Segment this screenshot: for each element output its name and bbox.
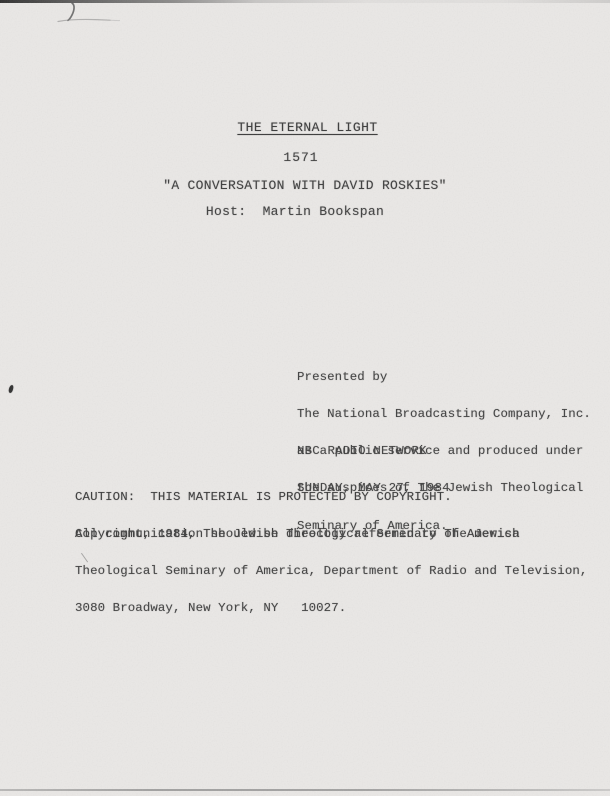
caution-line: CAUTION: THIS MATERIAL IS PROTECTED BY C… <box>75 491 520 503</box>
presented-line: The National Broadcasting Company, Inc. <box>297 408 591 420</box>
handwritten-check-mark <box>48 0 138 30</box>
contact-line: Theological Seminary of America, Departm… <box>75 565 587 577</box>
contact-line: All communication should be directly ref… <box>75 528 587 540</box>
scan-edge-bottom <box>0 789 610 791</box>
contact-line: 3080 Broadway, New York, NY 10027. <box>75 602 587 614</box>
ink-speck <box>8 385 14 394</box>
episode-title: "A CONVERSATION WITH DAVID ROSKIES" <box>0 178 610 193</box>
scanned-document-page: THE ETERNAL LIGHT 1571 "A CONVERSATION W… <box>0 0 610 796</box>
host-line: Host: Martin Bookspan <box>0 204 610 219</box>
series-title: THE ETERNAL LIGHT <box>5 120 610 135</box>
presented-line: Presented by <box>297 371 591 383</box>
contact-paragraph: All communication should be directly ref… <box>75 503 587 639</box>
network-name: NBC RADIO NETWORK <box>297 445 450 457</box>
episode-number: 1571 <box>0 150 610 165</box>
